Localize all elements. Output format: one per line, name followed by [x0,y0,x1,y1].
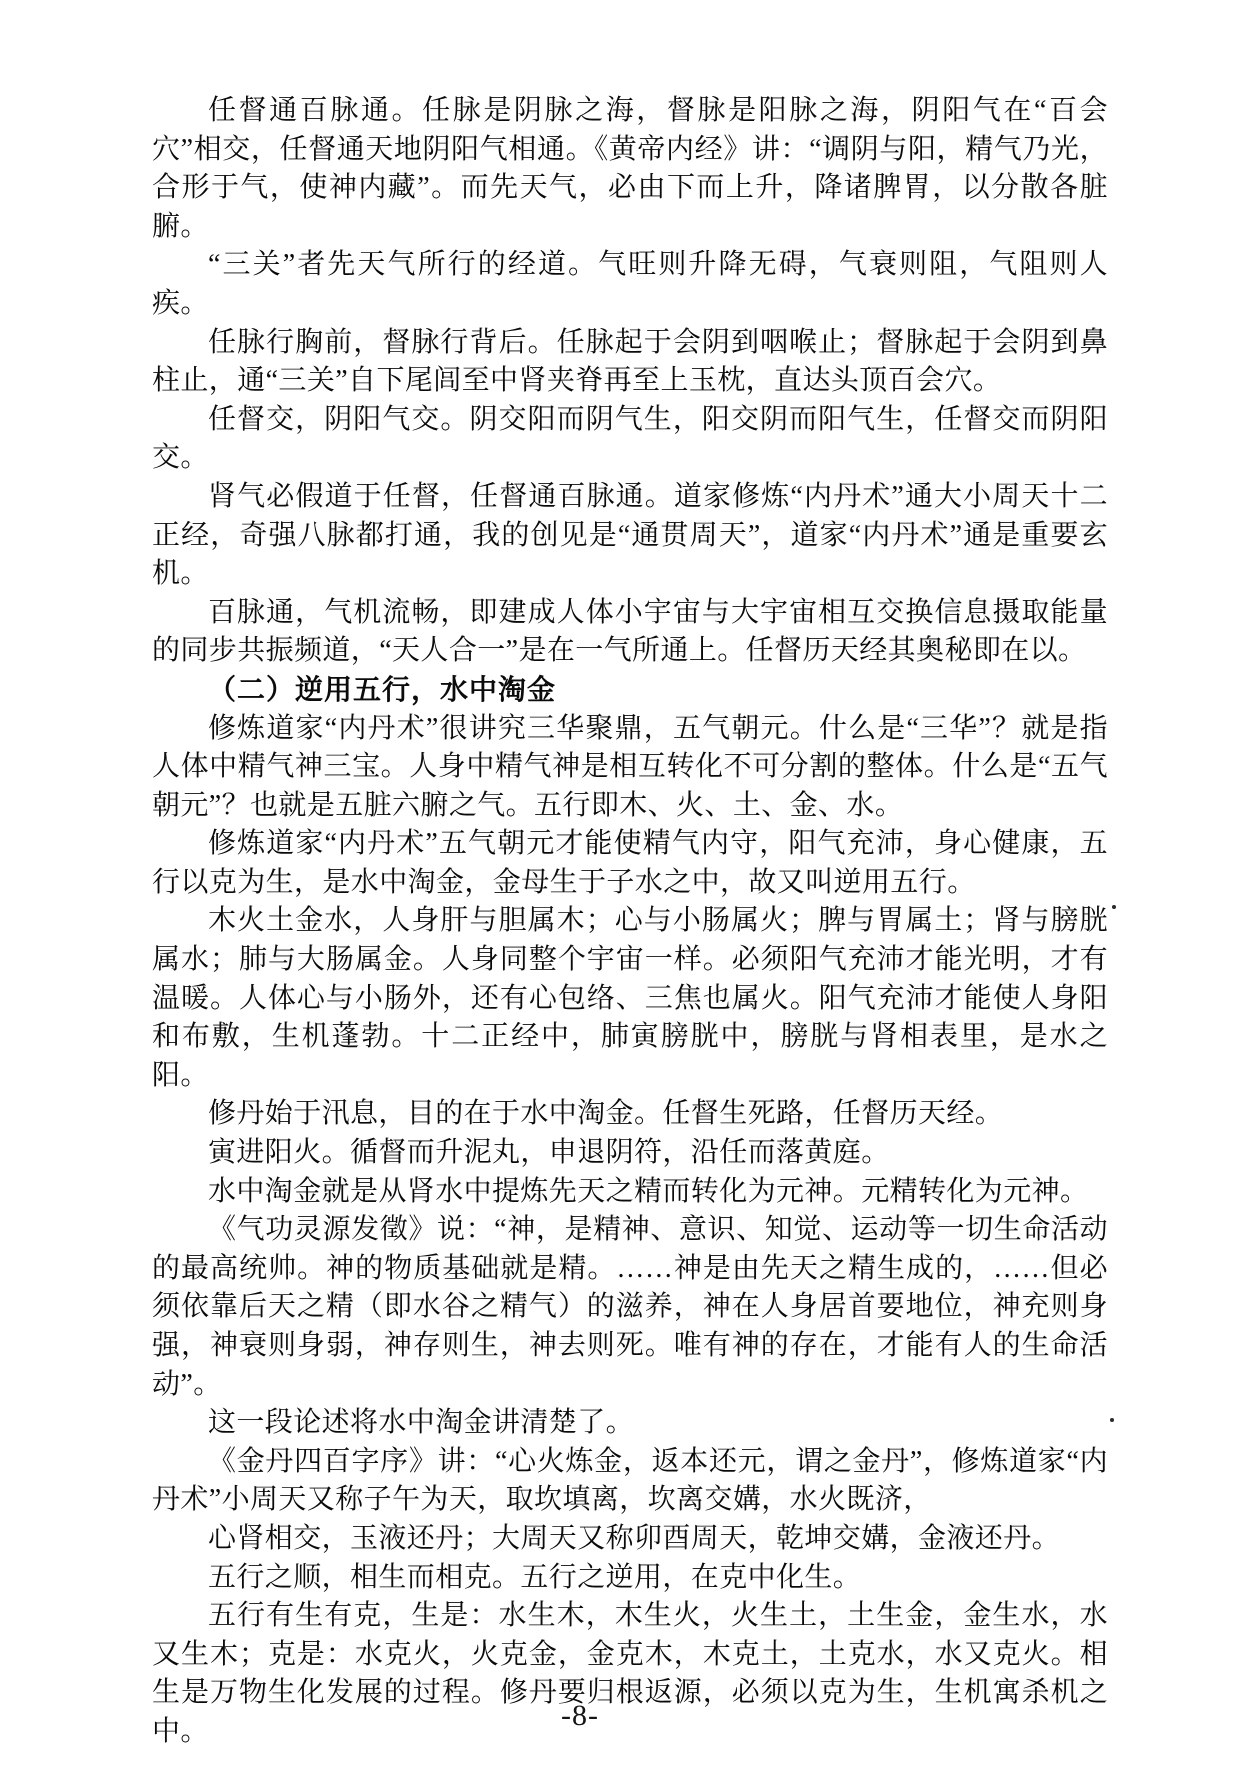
paragraph: 百脉通，气机流畅，即建成人体小宇宙与大宇宙相互交换信息摄取能量的同步共振频道，“… [152,594,1108,671]
paragraph: 木火土金水，人身肝与胆属木；心与小肠属火；脾与胃属土；肾与膀胱属水；肺与大肠属金… [152,902,1108,1095]
paragraph: 《金丹四百字序》讲：“心火炼金，返本还元，谓之金丹”，修炼道家“内丹术”小周天又… [152,1443,1108,1520]
document-page: 任督通百脉通。任脉是阴脉之海，督脉是阳脉之海，阴阳气在“百会穴”相交，任督通天地… [0,0,1260,1788]
paragraph: 任脉行胸前，督脉行背后。任脉起于会阴到咽喉止；督脉起于会阴到鼻柱止，通“三关”自… [152,324,1108,401]
paragraph: 任督交，阴阳气交。阴交阳而阴气生，阳交阴而阳气生，任督交而阴阳交。 [152,401,1108,478]
paragraph: 《气功灵源发徵》说：“神，是精神、意识、知觉、运动等一切生命活动的最高统帅。神的… [152,1211,1108,1404]
paragraph: 修炼道家“内丹术”很讲究三华聚鼎，五气朝元。什么是“三华”？就是指人体中精气神三… [152,710,1108,826]
paragraph: 修丹始于汛息，目的在于水中淘金。任督生死路，任督历天经。 [152,1095,1108,1134]
paragraph: 寅进阳火。循督而升泥丸，申退阴符，沿任而落黄庭。 [152,1134,1108,1173]
scan-speck [1110,1418,1114,1422]
paragraph: “三关”者先天气所行的经道。气旺则升降无碍，气衰则阻，气阻则人疾。 [152,246,1108,323]
section-heading: （二）逆用五行，水中淘金 [152,671,1108,710]
scan-speck [1112,905,1116,909]
paragraph: 五行之顺，相生而相克。五行之逆用，在克中化生。 [152,1559,1108,1598]
paragraph: 心肾相交，玉液还丹；大周天又称卯酉周天，乾坤交媾，金液还丹。 [152,1520,1108,1559]
paragraph: 任督通百脉通。任脉是阴脉之海，督脉是阳脉之海，阴阳气在“百会穴”相交，任督通天地… [152,92,1108,246]
paragraph: 修炼道家“内丹术”五气朝元才能使精气内守，阳气充沛，身心健康，五行以克为生，是水… [152,825,1108,902]
paragraph: 水中淘金就是从肾水中提炼先天之精而转化为元神。元精转化为元神。 [152,1173,1108,1212]
paragraph: 这一段论述将水中淘金讲清楚了。 [152,1404,1108,1443]
paragraph: 肾气必假道于任督，任督通百脉通。道家修炼“内丹术”通大小周天十二正经，奇强八脉都… [152,478,1108,594]
page-number: -8- [0,1697,1160,1736]
